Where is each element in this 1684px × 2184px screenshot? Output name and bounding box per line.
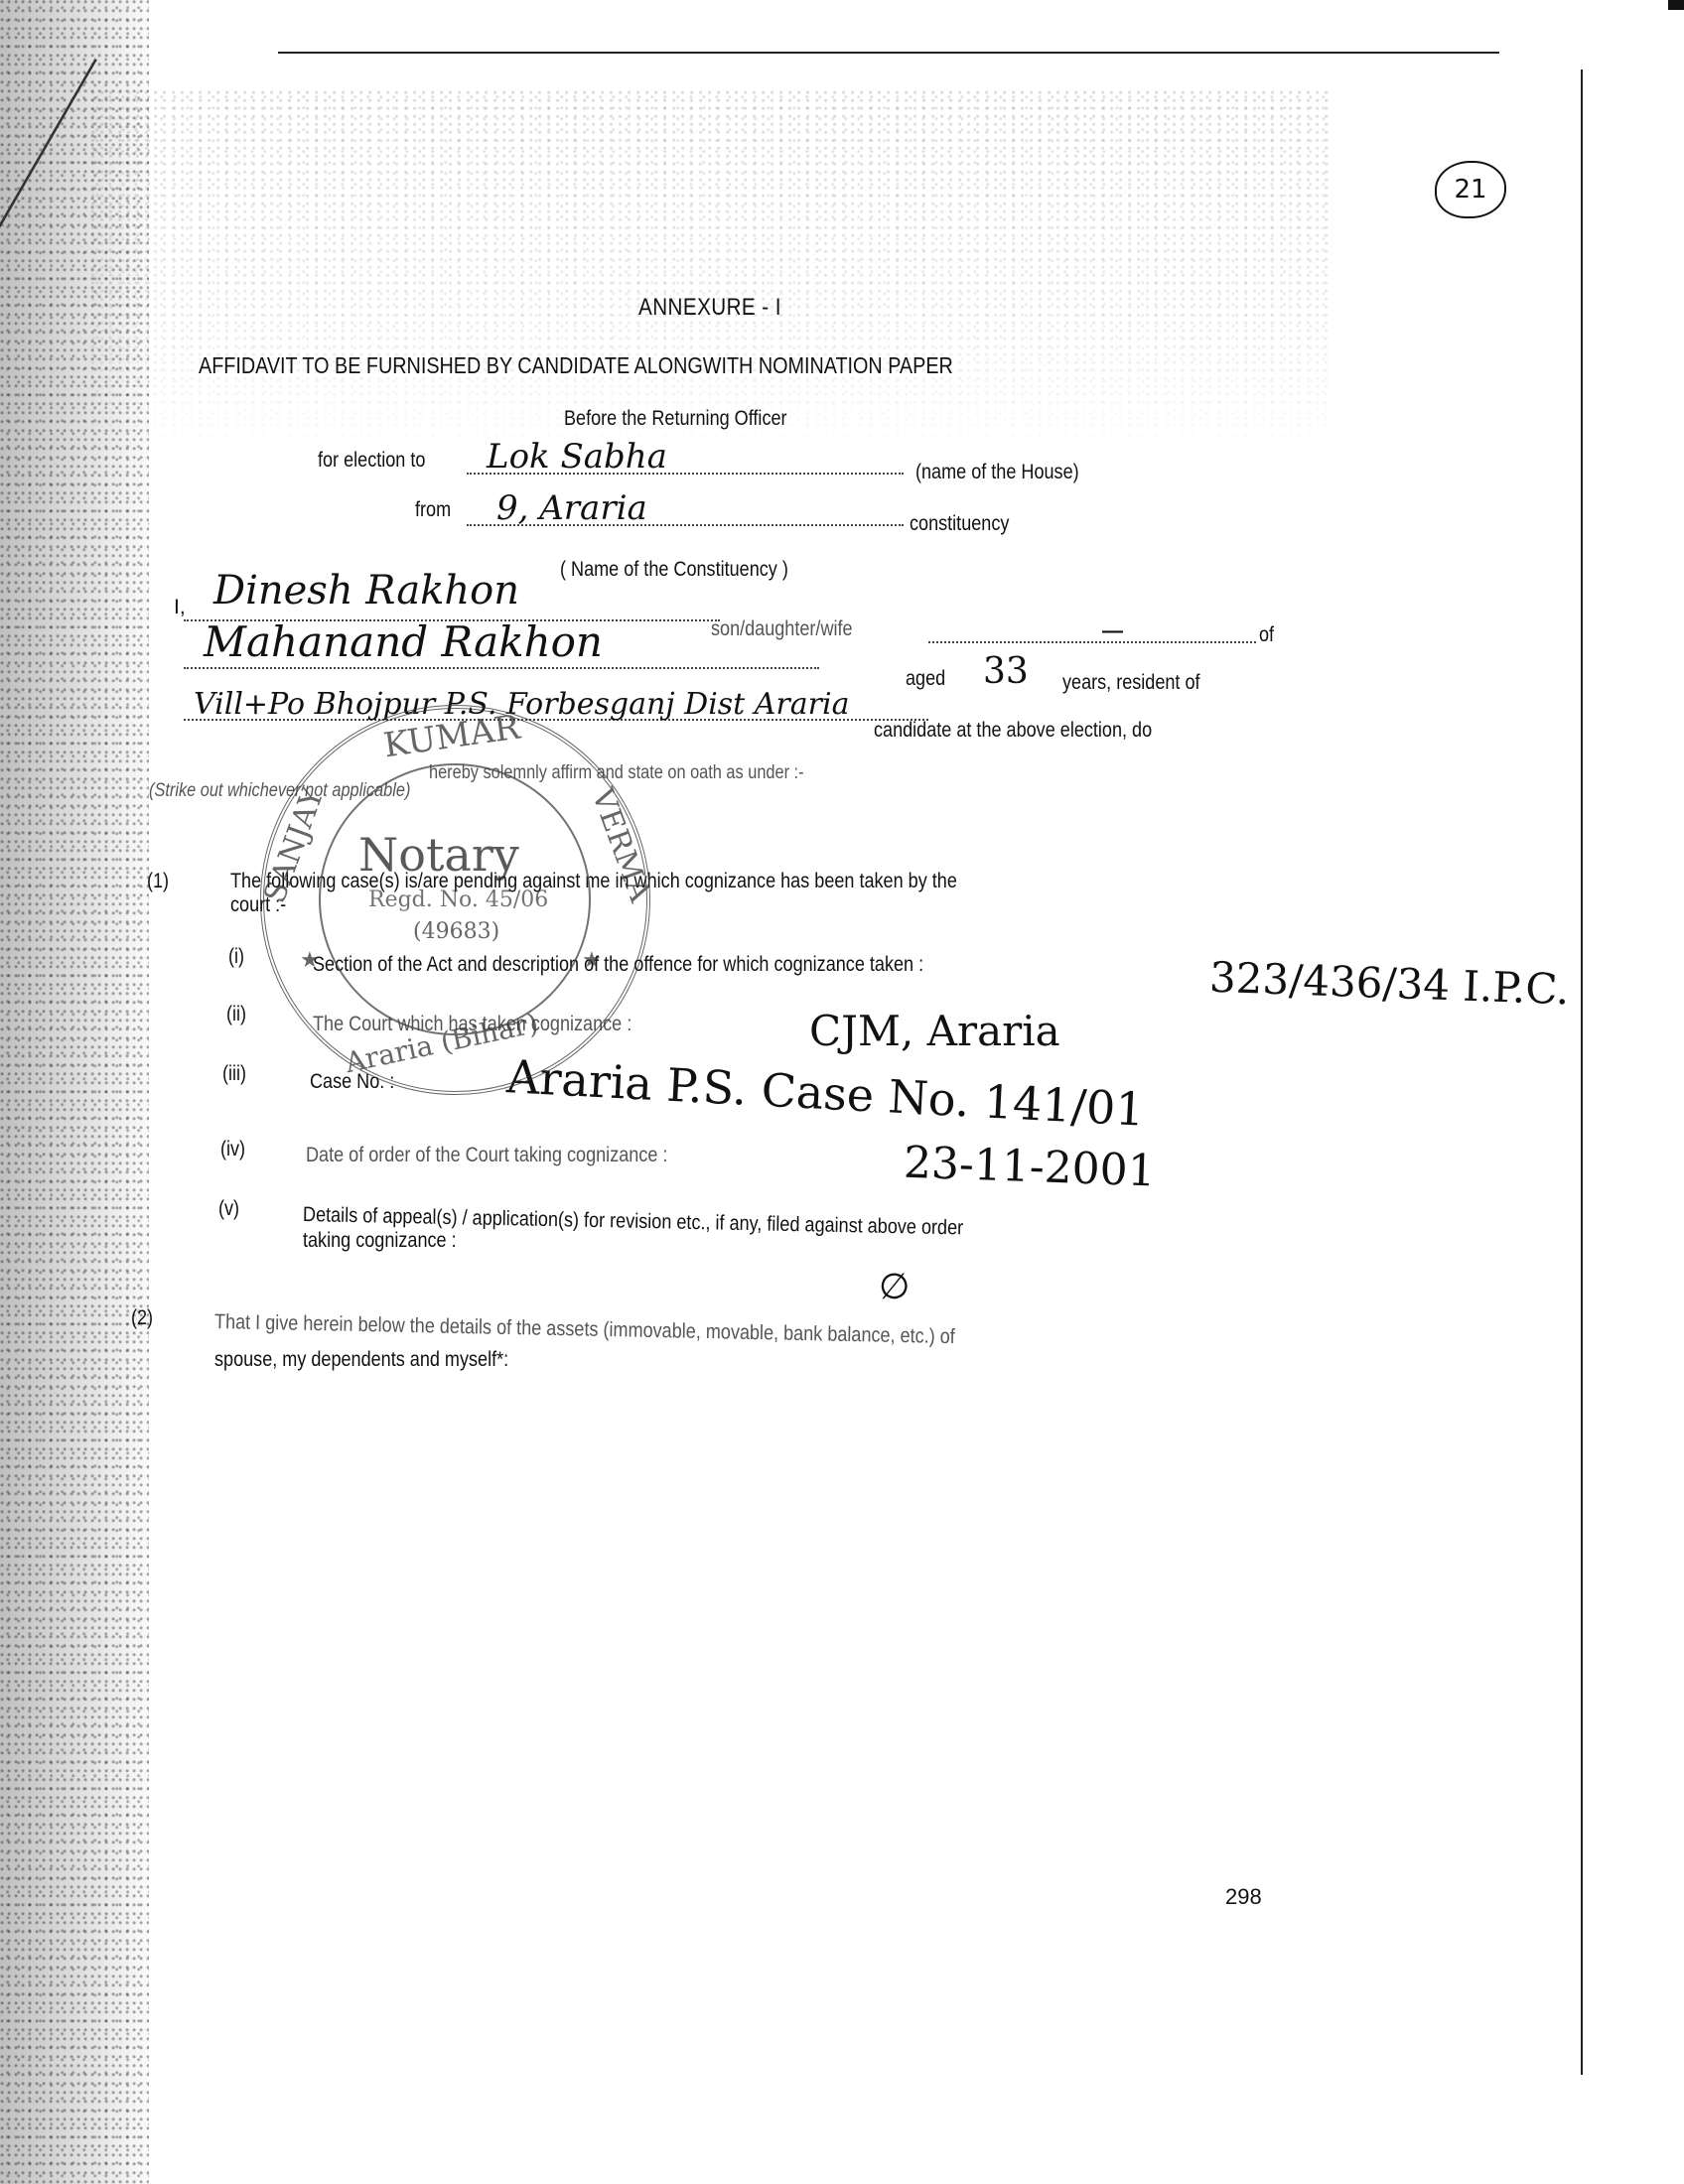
returning-officer-line: Before the Returning Officer bbox=[564, 407, 787, 431]
page-right-edge bbox=[1581, 69, 1583, 2075]
relation-label: son/daughter/wife bbox=[711, 617, 853, 641]
relation-struck: — bbox=[1102, 619, 1123, 643]
father-name: Mahanand Rakhon bbox=[204, 617, 603, 666]
annexure-heading: ANNEXURE - I bbox=[638, 294, 781, 322]
from-label: from bbox=[415, 498, 451, 522]
corner-mark bbox=[1668, 0, 1684, 10]
item-iv-value: 23-11-2001 bbox=[903, 1138, 1156, 1197]
item-iv-label: Date of order of the Court taking cogniz… bbox=[306, 1144, 667, 1167]
item-iii-value: Araria P.S. Case No. 141/01 bbox=[505, 1049, 1146, 1137]
item-v-value: ∅ bbox=[879, 1267, 910, 1307]
page-top-edge bbox=[278, 52, 1499, 54]
stamp-reg-number: (49683) bbox=[413, 919, 499, 944]
item-i-value: 323/436/34 I.P.C. bbox=[1208, 953, 1570, 1015]
stamp-right-text: VERMA bbox=[585, 784, 657, 906]
stamp-star-left-icon: ★ bbox=[300, 947, 320, 973]
election-label: for election to bbox=[318, 449, 425, 473]
stamp-top-text: KUMAR bbox=[381, 708, 522, 766]
of-label: of bbox=[1259, 623, 1274, 647]
stamp-notary-title: Notary bbox=[358, 828, 519, 882]
section1-number: (1) bbox=[147, 870, 169, 893]
item-iii-number: (iii) bbox=[222, 1062, 246, 1086]
section2-number: (2) bbox=[131, 1306, 153, 1330]
constituency-caption: ( Name of the Constituency ) bbox=[560, 558, 788, 582]
deponent-name: Dinesh Rakhon bbox=[213, 568, 519, 614]
house-suffix: (name of the House) bbox=[915, 461, 1079, 484]
age-value: 33 bbox=[983, 651, 1029, 692]
candidate-text: candidate at the above election, do bbox=[874, 719, 1152, 743]
notary-stamp: KUMAR SANJAY VERMA Araria (Bihar) Notary… bbox=[260, 705, 650, 1095]
item-ii-number: (ii) bbox=[226, 1003, 246, 1026]
father-dotted-line bbox=[184, 667, 819, 669]
page-number: 298 bbox=[1225, 1884, 1262, 1910]
years-label: years, resident of bbox=[1062, 671, 1200, 695]
page-marker-circled: 21 bbox=[1435, 161, 1506, 218]
relation-dotted-line bbox=[928, 641, 1256, 643]
item-iv-number: (iv) bbox=[220, 1138, 245, 1161]
stamp-star-right-icon: ★ bbox=[582, 947, 602, 973]
item-i-number: (i) bbox=[228, 945, 244, 969]
constituency-suffix: constituency bbox=[910, 512, 1009, 536]
affidavit-title: AFFIDAVIT TO BE FURNISHED BY CANDIDATE A… bbox=[199, 352, 953, 379]
aged-label: aged bbox=[906, 667, 945, 691]
item-ii-value: CJM, Araria bbox=[809, 1007, 1060, 1055]
page-marker-text: 21 bbox=[1454, 175, 1486, 205]
item-v-number: (v) bbox=[218, 1197, 239, 1221]
section2-line2: spouse, my dependents and myself*: bbox=[214, 1348, 508, 1372]
house-value: Lok Sabha bbox=[487, 437, 667, 477]
i-label: I, bbox=[174, 596, 186, 619]
section2-line1: That I give herein below the details of … bbox=[214, 1310, 955, 1349]
constituency-value: 9, Araria bbox=[496, 488, 647, 528]
item-v-label-line2: taking cognizance : bbox=[303, 1229, 457, 1253]
stamp-reg: Regd. No. 45/06 bbox=[368, 887, 548, 912]
